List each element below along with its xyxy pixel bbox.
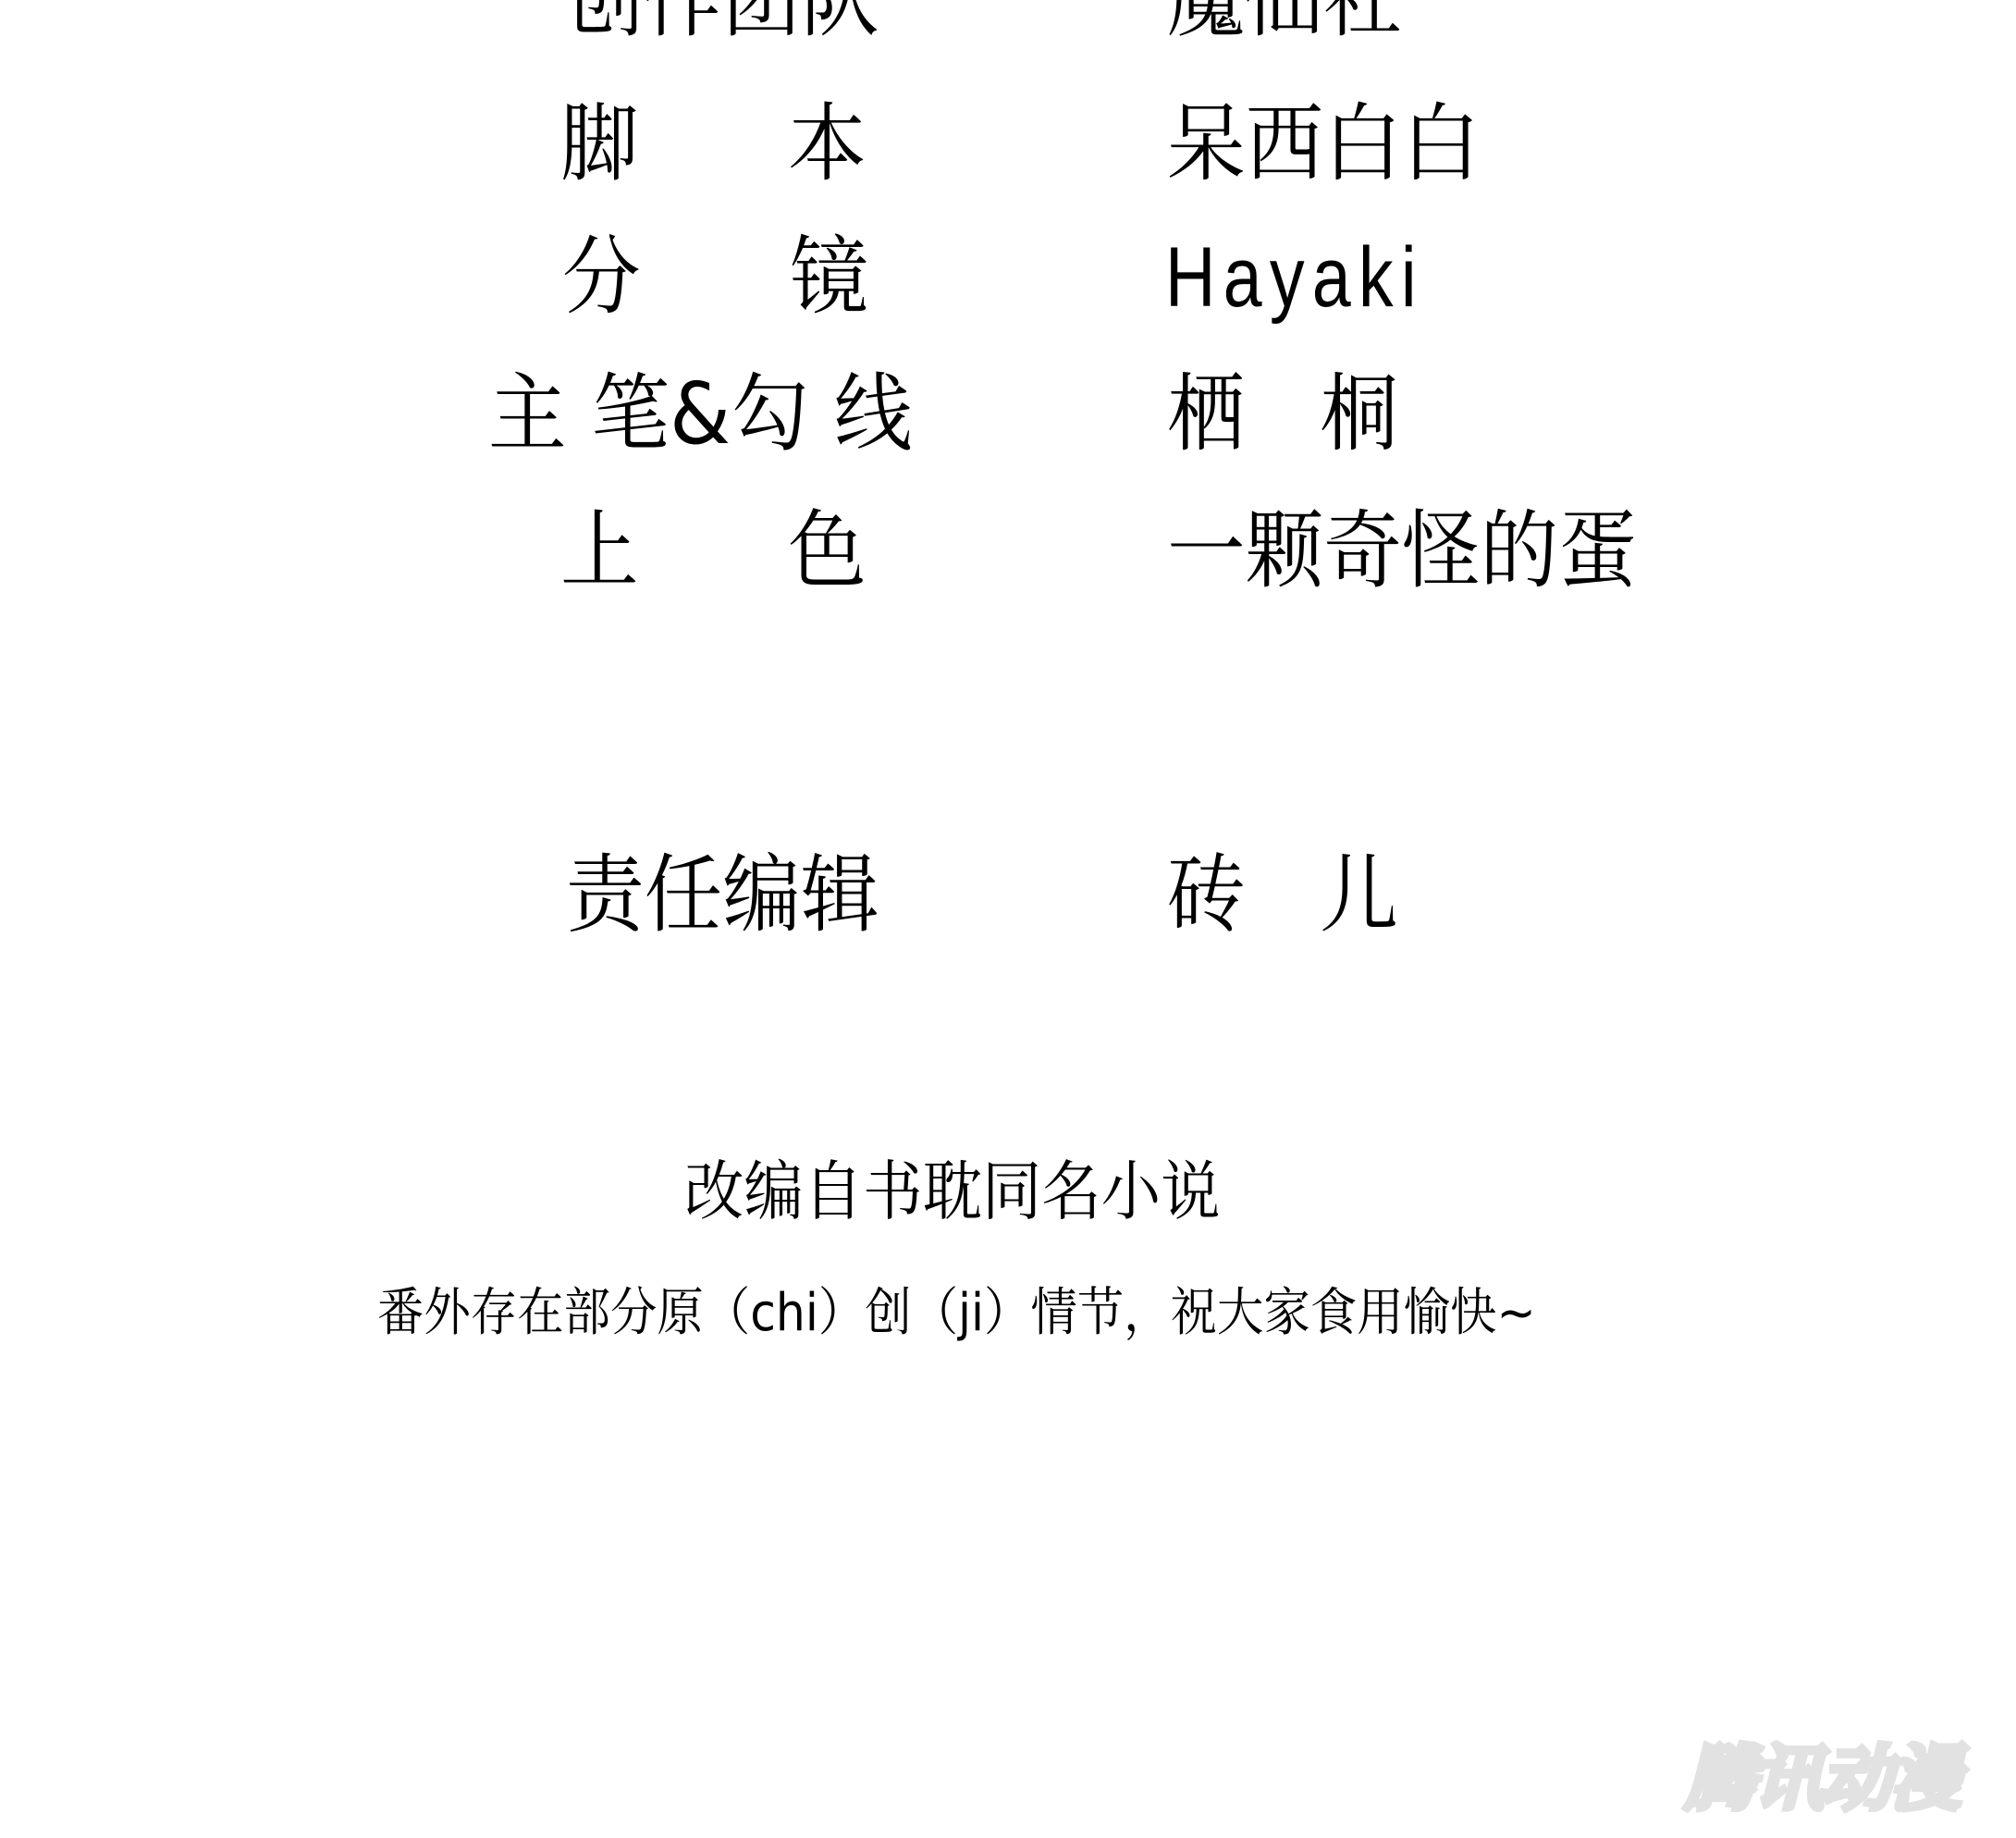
credit-value-color: 一颗奇怪的蛋	[1167, 505, 1637, 598]
credit-value-script: 呆西白白	[1167, 98, 1481, 191]
adaptation-note: 改编自书耽同名小说	[684, 1154, 1221, 1228]
editor-value: 砖 儿	[1167, 849, 1398, 942]
credit-label-color: 上 色	[560, 505, 867, 598]
editor-label: 责任编辑	[566, 849, 879, 942]
credit-label-storyboard: 分 镜	[562, 231, 868, 324]
credit-value-lineart: 栖 桐	[1167, 368, 1398, 461]
credit-label-team: 创作团队	[566, 0, 879, 46]
extra-note: 番外存在部分原（chi）创（ji）情节，祝大家食用愉快~	[377, 1284, 1536, 1343]
credit-value-team: 魔仙社	[1167, 0, 1402, 46]
credit-label-lineart: 主 笔&勾 线	[488, 368, 912, 461]
watermark-logo: 腾讯动漫	[1685, 1737, 2004, 1820]
credit-value-storyboard: Hayaki	[1165, 231, 1424, 324]
credit-label-script: 脚 本	[560, 98, 867, 191]
